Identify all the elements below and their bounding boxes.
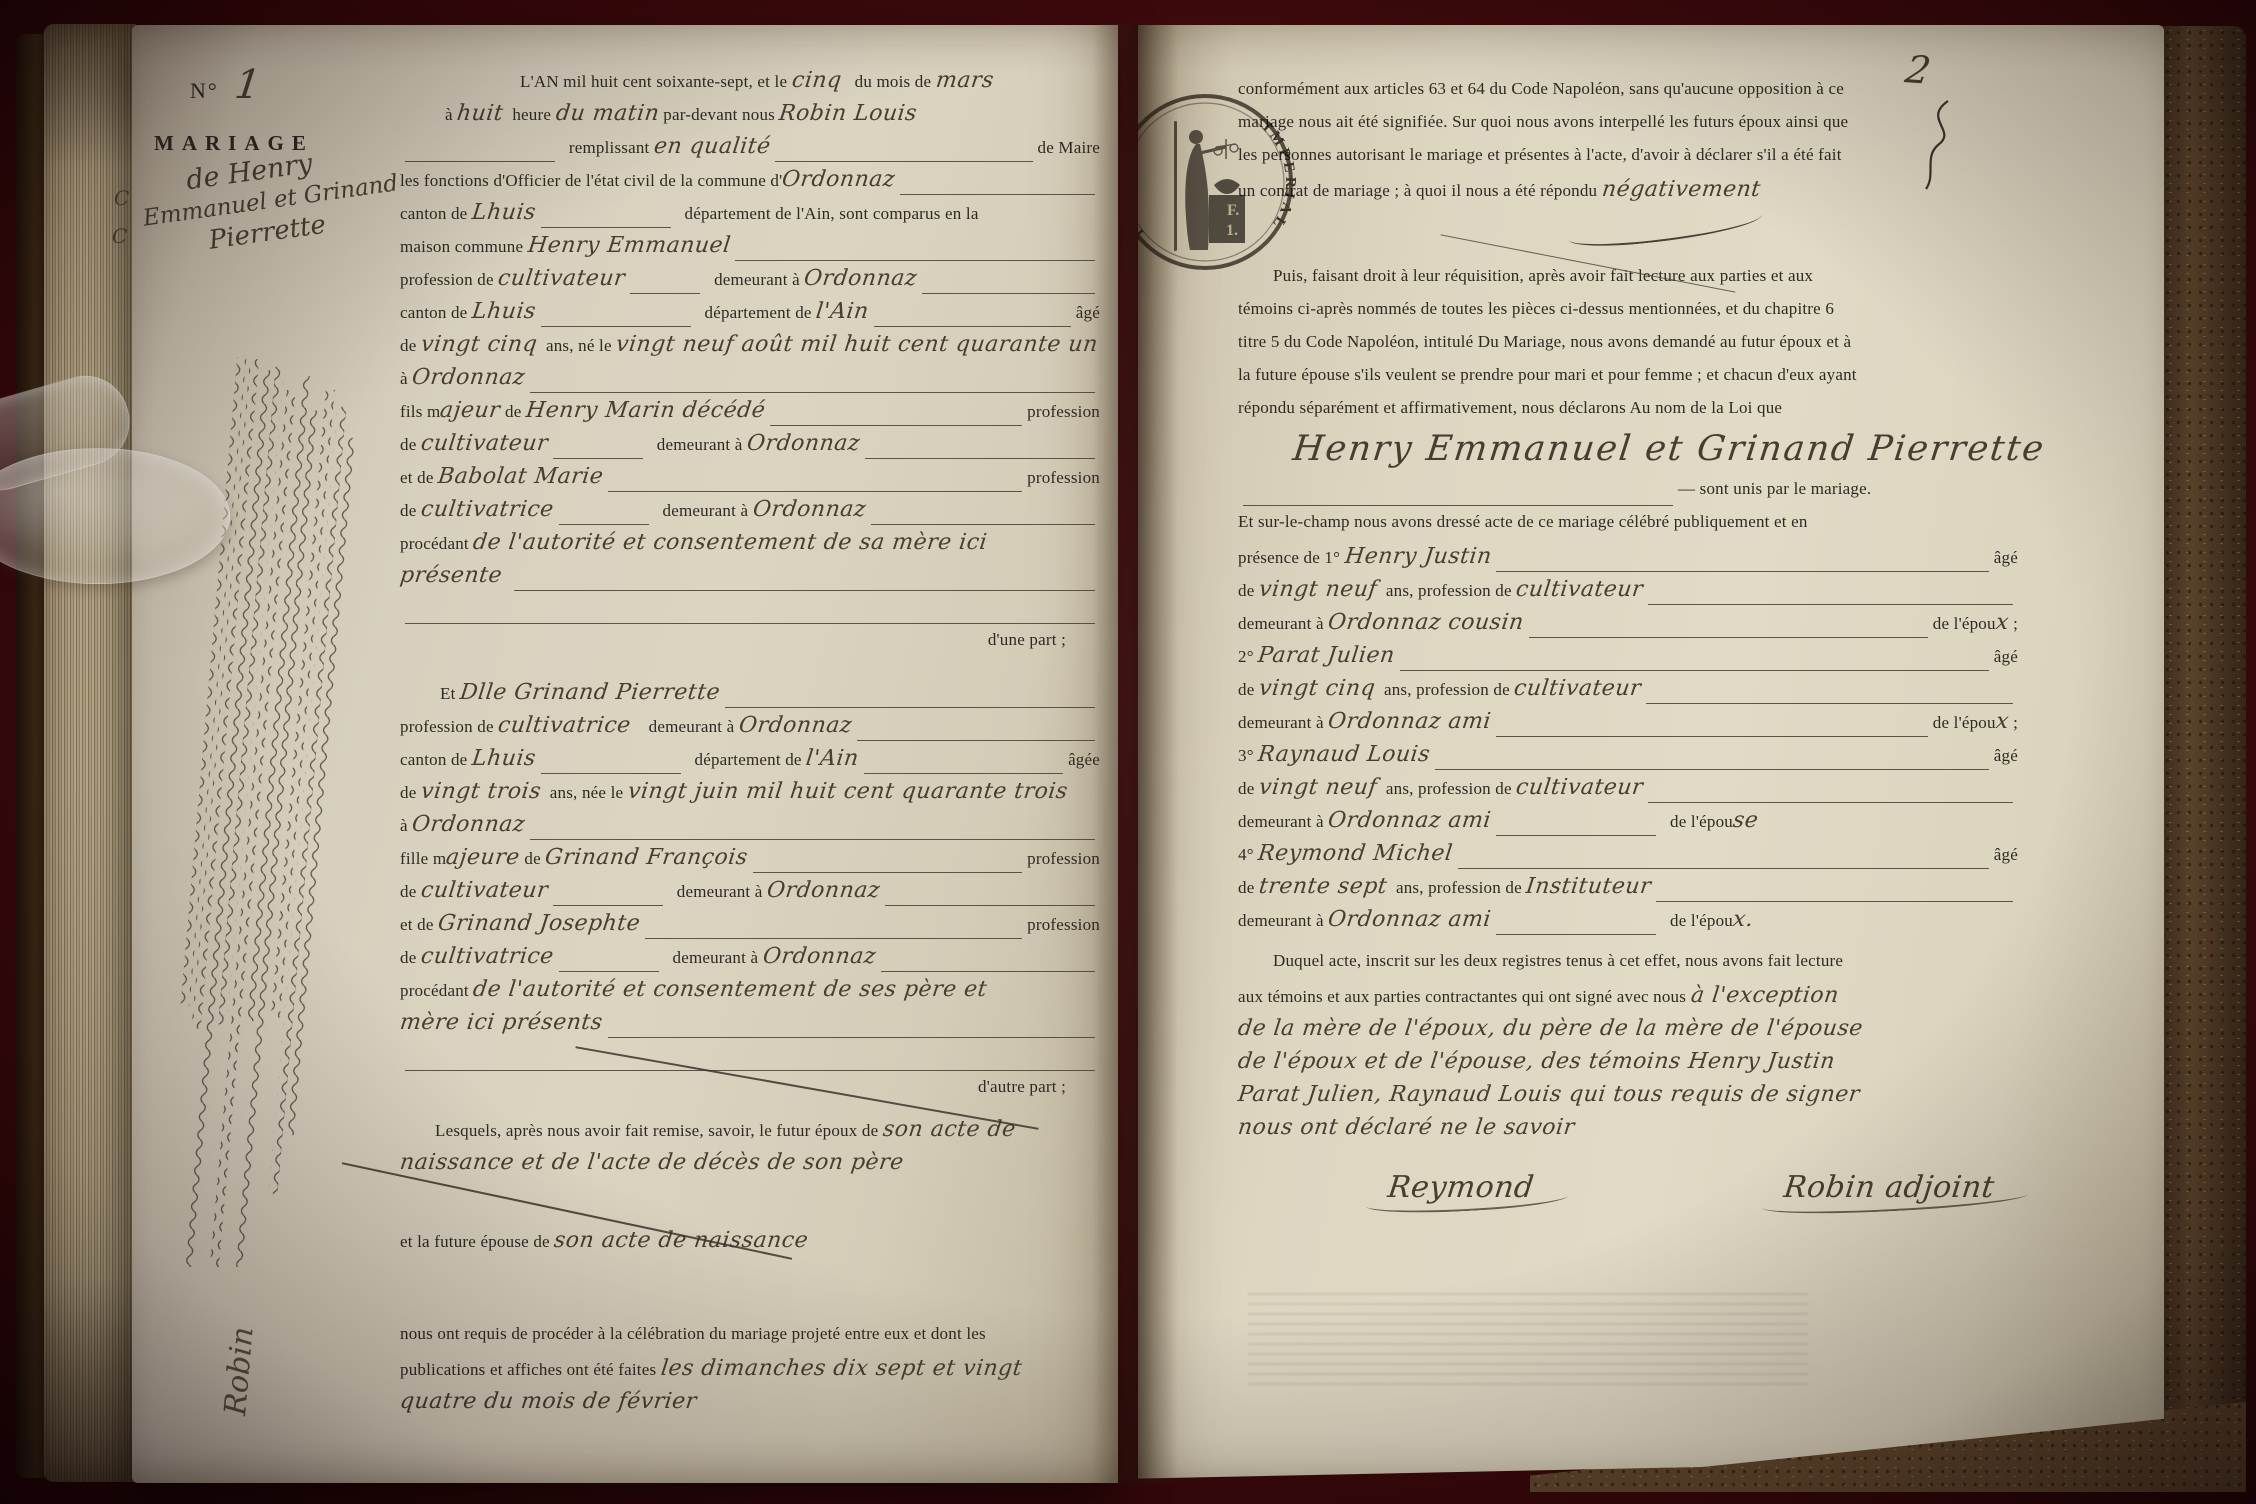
handwritten-text: cultivateur <box>497 268 627 290</box>
printed-text: — sont unis par le mariage. <box>1678 480 1871 499</box>
printed-text: profession <box>1027 850 1100 869</box>
handwritten-text: vingt cinq <box>420 334 539 356</box>
handwritten-text: vingt neuf <box>1258 777 1379 799</box>
form-line: 3° Raynaud Louisâgé <box>1238 744 2018 777</box>
printed-text: de <box>400 436 421 455</box>
printed-text: témoins ci-après nommés de toutes les pi… <box>1238 300 1834 319</box>
handwritten-text: à l'exception <box>1689 985 1840 1007</box>
form-line: de cultivateur demeurant à Ordonnaz <box>400 433 1100 466</box>
handwritten-text: Henry Emmanuel <box>526 235 731 257</box>
handwritten-text: huit <box>456 103 505 125</box>
printed-text: et de <box>400 469 438 488</box>
printed-text: fille m <box>400 850 446 869</box>
handwritten-text: cultivatrice <box>420 946 555 968</box>
right-page: TIMBRE IMPERIAL F. 1. 2 <box>1138 25 2164 1483</box>
form-line: demeurant à Ordonnaz ami de l'époux. <box>1238 909 2018 942</box>
handwritten-text: ajeure <box>445 847 521 869</box>
blank-rule <box>514 590 1095 591</box>
handwritten-text: cinq <box>790 70 842 92</box>
form-line: de la mère de l'époux, du père de la mèr… <box>1238 1018 2018 1051</box>
handwritten-text: x <box>1994 711 2010 733</box>
blank-rule <box>630 293 700 294</box>
form-line: et de Grinand Josephteprofession <box>400 913 1100 946</box>
form-line: quatre du mois de février <box>400 1391 1100 1424</box>
handwritten-text: les dimanches dix sept et vingt <box>659 1358 1023 1380</box>
form-line: profession de cultivateur demeurant à Or… <box>400 268 1100 301</box>
handwritten-text: Babolat Marie <box>437 466 605 488</box>
blank-rule <box>1458 868 1989 869</box>
form-line: maison commune Henry Emmanuel <box>400 235 1100 268</box>
handwritten-text: Ordonnaz <box>411 814 527 836</box>
form-line: Lesquels, après nous avoir fait remise, … <box>400 1119 1100 1152</box>
blank-rule <box>900 194 1095 195</box>
handwritten-text: cultivateur <box>420 880 550 902</box>
handwritten-text: Ordonnaz ami <box>1327 909 1493 931</box>
act-number-label: N° <box>190 79 219 103</box>
printed-text: 4° <box>1238 846 1258 865</box>
printed-text: ans, profession de <box>1387 879 1526 898</box>
form-line: de trente sept ans, profession de Instit… <box>1238 876 2018 909</box>
form-line: de vingt cinq ans, né le vingt neuf août… <box>400 334 1100 367</box>
blank-rule <box>559 971 659 972</box>
handwritten-text: Ordonnaz <box>803 268 919 290</box>
blank-rule <box>1646 703 2013 704</box>
printed-text: profession <box>1027 469 1100 488</box>
printed-text: 2° <box>1238 648 1258 667</box>
form-line: de cultivateur demeurant à Ordonnaz <box>400 880 1100 913</box>
handwritten-text: vingt trois <box>420 781 543 803</box>
handwritten-text: cultivateur <box>1515 579 1645 601</box>
handwritten-text: Dlle Grinand Pierrette <box>459 682 722 704</box>
stamp-face-value: 1. <box>1226 222 1238 239</box>
printed-text: profession <box>1027 403 1100 422</box>
printed-text: âgée <box>1068 751 1100 770</box>
blank-rule <box>559 524 649 525</box>
form-line: un contrat de mariage ; à quoi il nous a… <box>1238 179 2018 212</box>
printed-text: du mois de <box>841 73 935 92</box>
handwritten-text: Grinand Josephte <box>437 913 642 935</box>
handwritten-text: en qualité <box>653 136 772 158</box>
printed-text: de l'épou <box>1933 714 1996 733</box>
form-line: de vingt neuf ans, profession de cultiva… <box>1238 579 2018 612</box>
folio-number-value: 2 <box>1903 50 1934 89</box>
form-line: — sont unis par le mariage. <box>1238 480 2018 513</box>
handwritten-text: Henry Emmanuel et Grinand Pierrette <box>1291 432 2047 467</box>
printed-text: âgé <box>1994 549 2018 568</box>
form-line: de vingt neuf ans, profession de cultiva… <box>1238 777 2018 810</box>
form-line: à Ordonnaz <box>400 367 1100 400</box>
form-line: Duquel acte, inscrit sur les deux regist… <box>1238 952 2018 985</box>
blank-rule <box>1648 802 2013 803</box>
blank-rule <box>1648 604 2013 605</box>
printed-text: demeurant à <box>1238 912 1328 931</box>
printed-text: de <box>1238 582 1259 601</box>
printed-text: canton de <box>400 751 472 770</box>
printed-text: nous ont requis de procéder à la célébra… <box>400 1325 986 1344</box>
handwritten-text: du matin <box>554 103 660 125</box>
act-number-value: 1 <box>232 65 263 105</box>
blank-rule <box>541 326 691 327</box>
blank-rule <box>922 293 1095 294</box>
printed-text: heure <box>503 106 555 125</box>
register-photo: C C N° 1 MARIAGE de Henry Emmanuel et Gr… <box>0 0 2256 1504</box>
printed-text: profession <box>1027 916 1100 935</box>
printed-text: demeurant à <box>1238 615 1328 634</box>
blank-rule <box>1529 637 1928 638</box>
blank-rule <box>864 773 1063 774</box>
printed-text: profession de <box>400 271 498 290</box>
form-line: répondu séparément et affirmativement, n… <box>1238 399 2018 432</box>
signature-text: Reymond <box>1386 1173 1536 1203</box>
edge-pen-mark: C <box>112 224 127 248</box>
printed-text: et de <box>400 916 438 935</box>
form-line: Et Dlle Grinand Pierrette <box>400 682 1100 715</box>
form-line: remplissant en qualitéde Maire <box>400 136 1100 169</box>
handwritten-text: Robin Louis <box>778 103 919 125</box>
printed-text: de <box>520 850 545 869</box>
blank-rule <box>541 773 681 774</box>
handwritten-text: de l'autorité et consentement de sa mère… <box>472 532 989 554</box>
form-line: mère ici présents <box>400 1012 1100 1045</box>
form-line: de vingt trois ans, née le vingt juin mi… <box>400 781 1100 814</box>
blank-rule <box>871 524 1095 525</box>
handwritten-text: Grinand François <box>544 847 749 869</box>
handwritten-text: vingt cinq <box>1258 678 1377 700</box>
blank-rule <box>1496 934 1656 935</box>
margin-signature: Robin <box>218 1325 261 1417</box>
printed-text: ans, né le <box>537 337 616 356</box>
form-line: canton de Lhuis département de l'Ainâgée <box>400 748 1100 781</box>
printed-text: département de l'Ain, sont comparus en l… <box>676 205 979 224</box>
form-line: demeurant à Ordonnaz amide l'époux ; <box>1238 711 2018 744</box>
form-line: procédant de l'autorité et consentement … <box>400 532 1100 565</box>
signature-reymond: Reymond <box>1388 1173 1534 1203</box>
blank-rule <box>1400 670 1989 671</box>
handwritten-text: vingt juin mil huit cent quarante trois <box>626 781 1068 803</box>
printed-text: Lesquels, après nous avoir fait remise, … <box>435 1122 883 1141</box>
blank-rule <box>865 458 1095 459</box>
printed-text: âgé <box>1994 747 2018 766</box>
printed-text: mariage nous ait été signifiée. Sur quoi… <box>1238 113 1848 132</box>
printed-text: titre 5 du Code Napoléon, intitulé Du Ma… <box>1238 333 1851 352</box>
left-page: N° 1 MARIAGE de Henry Emmanuel et Grinan… <box>132 25 1118 1483</box>
form-line: Et sur-le-champ nous avons dressé acte d… <box>1238 513 2018 546</box>
printed-text: les fonctions d'Officier de l'état civil… <box>400 172 782 191</box>
handwritten-text: Henry Justin <box>1343 546 1492 568</box>
form-line: les fonctions d'Officier de l'état civil… <box>400 169 1100 202</box>
signature-text: Robin adjoint <box>1782 1173 1996 1203</box>
blank-rule <box>645 938 1022 939</box>
form-line: demeurant à Ordonnaz cousinde l'époux ; <box>1238 612 2018 645</box>
printed-text: de <box>1238 681 1259 700</box>
printed-text: répondu séparément et affirmativement, n… <box>1238 399 1782 418</box>
form-line: d'une part ; <box>400 631 1100 664</box>
handwritten-text: Ordonnaz <box>766 880 882 902</box>
handwritten-text: Ordonnaz <box>751 499 867 521</box>
printed-text: demeurant à <box>631 718 739 737</box>
blank-rule <box>405 161 555 162</box>
blank-rule <box>608 491 1022 492</box>
form-line <box>400 1045 1100 1078</box>
handwritten-text: de la mère de l'époux, du père de la mèr… <box>1237 1018 1864 1040</box>
stamp-face-value: F. <box>1227 202 1239 219</box>
form-line <box>400 598 1100 631</box>
act-number: N° 1 <box>190 65 261 105</box>
form-line: naissance et de l'acte de décès de son p… <box>400 1152 1100 1185</box>
handwritten-text: cultivateur <box>420 433 550 455</box>
printed-text: demeurant à <box>654 502 753 521</box>
blank-rule <box>553 905 663 906</box>
blank-rule <box>775 161 1032 162</box>
printed-text: de <box>1238 879 1259 898</box>
edge-pen-mark: C <box>114 186 129 210</box>
handwritten-text: x. <box>1732 909 1755 931</box>
handwritten-text: quatre du mois de février <box>399 1391 698 1413</box>
form-line: de cultivatrice demeurant à Ordonnaz <box>400 499 1100 532</box>
printed-text: maison commune <box>400 238 528 257</box>
handwritten-text: trente sept <box>1258 876 1389 898</box>
printed-text: fils m <box>400 403 440 422</box>
handwritten-text: Parat Julien, Raynaud Louis qui tous req… <box>1237 1084 1861 1106</box>
printed-text: département de <box>696 304 816 323</box>
printed-text: Et sur-le-champ nous avons dressé acte d… <box>1238 513 1808 532</box>
handwritten-text: Ordonnaz <box>411 367 527 389</box>
form-line: mariage nous ait été signifiée. Sur quoi… <box>1238 113 2018 146</box>
form-line: à huit heure du matin par-devant nous Ro… <box>400 103 1100 136</box>
imperial-stamp: TIMBRE IMPERIAL F. 1. <box>1138 87 1300 277</box>
form-line: et de Babolat Marieprofession <box>400 466 1100 499</box>
blank-rule <box>530 392 1095 393</box>
folio-number: 2 <box>1906 51 1931 89</box>
printed-text: remplissant <box>560 139 654 158</box>
form-line: Henry Emmanuel et Grinand Pierrette <box>1238 432 2018 480</box>
printed-text: de <box>501 403 526 422</box>
form-line: de l'époux et de l'épouse, des témoins H… <box>1238 1051 2018 1084</box>
printed-text: aux témoins et aux parties contractantes… <box>1238 988 1691 1007</box>
blank-rule <box>735 260 1095 261</box>
handwritten-text: mère ici présents <box>399 1012 604 1034</box>
printed-text: L'AN mil huit cent soixante-sept, et le <box>520 73 792 92</box>
printed-text: publications et affiches ont été faites <box>400 1361 661 1380</box>
printed-text: la future épouse s'ils veulent se prendr… <box>1238 366 1857 385</box>
form-line: présente <box>400 565 1100 598</box>
blank-rule <box>1656 901 2013 902</box>
printed-text: de <box>1238 780 1259 799</box>
printed-text: procédant <box>400 982 473 1001</box>
blank-rule <box>874 326 1071 327</box>
book-cover-edge <box>2162 26 2246 1488</box>
printed-text: demeurant à <box>705 271 804 290</box>
signature-robin-adjoint: Robin adjoint <box>1784 1173 1994 1203</box>
handwritten-text: cultivateur <box>1515 777 1645 799</box>
printed-text: demeurant à <box>668 883 767 902</box>
handwritten-text: mars <box>934 70 994 92</box>
handwritten-text: Ordonnaz cousin <box>1327 612 1525 634</box>
printed-text: de l'épou <box>1661 912 1733 931</box>
handwritten-text: Ordonnaz <box>746 433 862 455</box>
printed-text: par-devant nous <box>659 106 780 125</box>
handwritten-text: Instituteur <box>1525 876 1653 898</box>
handwritten-text: vingt neuf août mil huit cent quarante u… <box>615 334 1099 356</box>
printed-text: demeurant à <box>1238 714 1328 733</box>
form-line: témoins ci-après nommés de toutes les pi… <box>1238 300 2018 333</box>
form-line: L'AN mil huit cent soixante-sept, et le … <box>400 70 1100 103</box>
handwritten-text: Raynaud Louis <box>1257 744 1432 766</box>
printed-text: âgé <box>1994 846 2018 865</box>
handwritten-text: Lhuis <box>471 301 537 323</box>
printed-text: de l'épou <box>1933 615 1996 634</box>
form-line: 2° Parat Julienâgé <box>1238 645 2018 678</box>
blank-rule <box>530 839 1095 840</box>
handwritten-text: x <box>1994 612 2010 634</box>
blank-rule <box>405 623 1095 624</box>
printed-text: demeurant à <box>1238 813 1328 832</box>
printed-text: de <box>400 883 421 902</box>
printed-text: canton de <box>400 304 472 323</box>
printed-text: âgé <box>1994 648 2018 667</box>
printed-text: et la future épouse de <box>400 1233 554 1252</box>
handwritten-text: se <box>1732 810 1760 832</box>
blank-rule <box>405 1070 1095 1071</box>
handwritten-text: Lhuis <box>471 202 537 224</box>
glass-object-bulb <box>0 448 230 584</box>
form-line: fille majeure de Grinand Françoisprofess… <box>400 847 1100 880</box>
printed-text: ans, née le <box>541 784 628 803</box>
form-line: canton de Lhuis département de l'Ain, so… <box>400 202 1100 235</box>
printed-text: conformément aux articles 63 et 64 du Co… <box>1238 80 1844 99</box>
handwritten-text: Ordonnaz ami <box>1327 810 1493 832</box>
blank-rule <box>885 905 1095 906</box>
printed-text: ans, profession de <box>1377 780 1516 799</box>
blank-rule <box>881 971 1095 972</box>
paraph-mark <box>1914 97 1960 193</box>
form-line: Parat Julien, Raynaud Louis qui tous req… <box>1238 1084 2018 1117</box>
printed-text: de <box>400 502 421 521</box>
form-line: les personnes autorisant le mariage et p… <box>1238 146 2018 179</box>
form-line: de vingt cinq ans, profession de cultiva… <box>1238 678 2018 711</box>
blank-rule <box>753 872 1022 873</box>
printed-text: de <box>400 337 421 356</box>
blank-rule <box>1496 835 1656 836</box>
form-line: publications et affiches ont été faites … <box>400 1358 1100 1391</box>
handwritten-text: de l'époux et de l'épouse, des témoins H… <box>1237 1051 1837 1073</box>
left-page-lines: L'AN mil huit cent soixante-sept, et le … <box>400 70 1100 1424</box>
printed-text: ; <box>2009 714 2018 733</box>
printed-text: Duquel acte, inscrit sur les deux regist… <box>1273 952 1843 971</box>
handwritten-text: ajeur <box>439 400 502 422</box>
handwritten-text: Reymond Michel <box>1257 843 1454 865</box>
handwritten-text: négativement <box>1600 179 1761 201</box>
form-line: à Ordonnaz <box>400 814 1100 847</box>
printed-text: présence de 1° <box>1238 549 1345 568</box>
printed-text: demeurant à <box>664 949 763 968</box>
blank-rule <box>1496 736 1928 737</box>
form-line: la future épouse s'ils veulent se prendr… <box>1238 366 2018 399</box>
printed-text: âgé <box>1076 304 1100 323</box>
printed-text: les personnes autorisant le mariage et p… <box>1238 146 1842 165</box>
form-line: 4° Reymond Michelâgé <box>1238 843 2018 876</box>
printed-text: 3° <box>1238 747 1258 766</box>
blank-rule <box>725 707 1095 708</box>
printed-text: Et <box>440 685 460 704</box>
form-line: procédant de l'autorité et consentement … <box>400 979 1100 1012</box>
blank-rule <box>857 740 1095 741</box>
stamp-left-text: TIMBRE <box>1138 152 1149 242</box>
ink-bleed-through <box>1248 1293 1808 1385</box>
form-line: de cultivatrice demeurant à Ordonnaz <box>400 946 1100 979</box>
handwritten-text: vingt neuf <box>1258 579 1379 601</box>
printed-text: profession de <box>400 718 498 737</box>
handwritten-text: Ordonnaz <box>781 169 897 191</box>
form-line: aux témoins et aux parties contractantes… <box>1238 985 2018 1018</box>
svg-text:TIMBRE: TIMBRE <box>1138 152 1149 242</box>
printed-text: ans, profession de <box>1377 582 1516 601</box>
printed-text: de Maire <box>1038 139 1101 158</box>
printed-text: d'une part ; <box>988 631 1066 650</box>
printed-text: canton de <box>400 205 472 224</box>
blank-rule <box>541 227 671 228</box>
handwritten-text: nous ont déclaré ne le savoir <box>1237 1117 1576 1139</box>
blank-rule <box>553 458 643 459</box>
printed-text: ans, profession de <box>1375 681 1514 700</box>
handwritten-text: Henry Marin décédé <box>525 400 767 422</box>
handwritten-text: l'Ain <box>805 748 860 770</box>
blank-rule <box>1243 505 1673 506</box>
form-line: canton de Lhuis département de l'Ainâgé <box>400 301 1100 334</box>
form-line: et la future épouse de son acte de naiss… <box>400 1230 1100 1263</box>
handwritten-text: Lhuis <box>471 748 537 770</box>
form-line: titre 5 du Code Napoléon, intitulé Du Ma… <box>1238 333 2018 366</box>
handwritten-text: Ordonnaz <box>738 715 854 737</box>
form-line: fils majeur de Henry Marin décédéprofess… <box>400 400 1100 433</box>
form-line: présence de 1° Henry Justinâgé <box>1238 546 2018 579</box>
glass-object <box>0 380 246 585</box>
printed-text: procédant <box>400 535 473 554</box>
printed-text: de <box>400 949 421 968</box>
form-line: d'autre part ; <box>400 1078 1100 1111</box>
printed-text: d'autre part ; <box>978 1078 1066 1097</box>
handwritten-text: l'Ain <box>815 301 870 323</box>
printed-text: demeurant à <box>648 436 747 455</box>
signatures-row: Reymond Robin adjoint <box>1238 1143 2018 1203</box>
handwritten-text: cultivatrice <box>420 499 555 521</box>
blank-rule <box>1496 571 1989 572</box>
handwritten-text: présente <box>399 565 511 587</box>
printed-text: de l'épou <box>1661 813 1733 832</box>
printed-text: département de <box>686 751 806 770</box>
printed-text: Puis, faisant droit à leur réquisition, … <box>1273 267 1813 286</box>
handwritten-text: naissance et de l'acte de décès de son p… <box>399 1152 905 1174</box>
blank-rule <box>608 1037 1095 1038</box>
printed-text: ; <box>2009 615 2018 634</box>
handwritten-text: cultivateur <box>1513 678 1643 700</box>
handwritten-text: cultivatrice <box>497 715 632 737</box>
printed-text: de <box>400 784 421 803</box>
form-line: conformément aux articles 63 et 64 du Co… <box>1238 80 2018 113</box>
form-line: demeurant à Ordonnaz ami de l'épouse <box>1238 810 2018 843</box>
blank-rule <box>1435 769 1989 770</box>
handwritten-text: Ordonnaz ami <box>1327 711 1493 733</box>
handwritten-text: Parat Julien <box>1257 645 1396 667</box>
blank-rule <box>770 425 1022 426</box>
form-line: nous ont requis de procéder à la célébra… <box>400 1325 1100 1358</box>
handwritten-text: de l'autorité et consentement de ses pèr… <box>472 979 989 1001</box>
form-line: profession de cultivatrice demeurant à O… <box>400 715 1100 748</box>
handwritten-text: Ordonnaz <box>761 946 877 968</box>
